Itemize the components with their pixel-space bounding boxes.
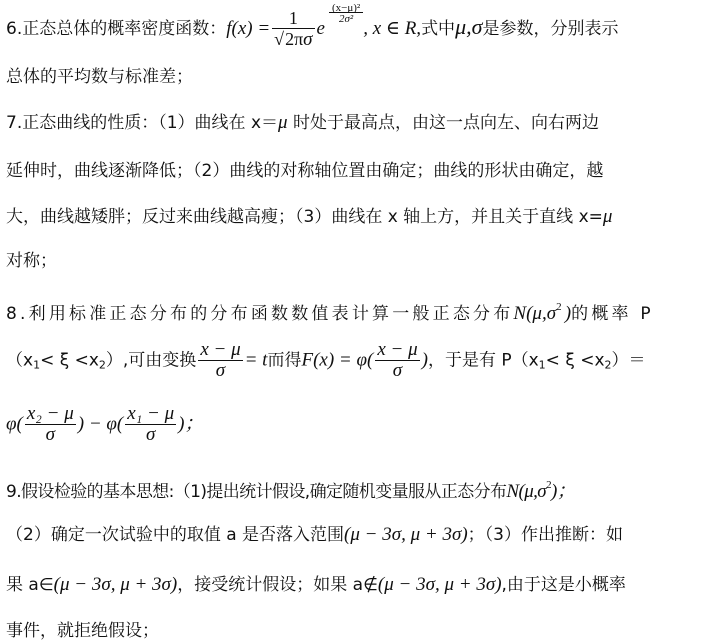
sigma: σ xyxy=(303,29,312,50)
normal-dist: N(μ,σ xyxy=(513,303,556,324)
fraction-denominator: √2πσ xyxy=(272,29,314,50)
denominator: σ xyxy=(125,425,176,445)
text: 式中 xyxy=(421,19,455,39)
phi-fraction-2: x₁ − μσ xyxy=(125,404,176,445)
text: 时处于最高点，由这一点向左、向右两边 xyxy=(288,113,599,133)
numerator: x₂ − μ xyxy=(25,404,76,425)
text: ）,可由变换 xyxy=(106,351,196,371)
text: 大，曲线越矮胖；反过来曲线越高瘦；（3）曲线在 x 轴上方，并且关于直线 x= xyxy=(6,207,603,227)
exponent-denominator: 2σ² xyxy=(329,13,363,25)
text: ）＝ xyxy=(612,351,646,371)
item6-label: 6.正态总体的概率密度函数： xyxy=(6,19,226,39)
paren: )； xyxy=(178,414,203,435)
text: 的概率 P xyxy=(571,304,654,324)
superscript: 2 xyxy=(556,301,565,313)
numerator: x − μ xyxy=(375,340,419,361)
numerator: x₁ − μ xyxy=(125,404,176,425)
cdf-fraction: x − μσ xyxy=(375,340,419,381)
subscript: 2 xyxy=(99,359,106,372)
item9-line1: 9.假设检验的基本思想:（1)提出统计假设,确定随机变量服从正态分布N(μ,σ2… xyxy=(6,474,575,503)
denominator: σ xyxy=(375,361,419,381)
item8-line3: φ(x₂ − μσ) − φ(x₁ − μσ)； xyxy=(6,404,203,445)
text: 9.假设检验的基本思想:（1)提出统计假设,确定随机变量服从正态分布 xyxy=(6,482,506,502)
item7-line1: 7.正态曲线的性质：（1）曲线在 x＝μ 时处于最高点，由这一点向左、向右两边 xyxy=(6,112,599,134)
item9-line4: 事件，就拒绝假设； xyxy=(6,620,159,642)
phi: φ( xyxy=(6,414,23,435)
text: （2）确定一次试验中的取值 a 是否落入范围 xyxy=(6,525,344,545)
mu: μ xyxy=(278,112,288,133)
equation: = t xyxy=(245,350,268,371)
exponent: (x−μ)²2σ² xyxy=(329,4,363,25)
range: (μ − 3σ, μ + 3σ) xyxy=(378,574,502,595)
text: 7.正态曲线的性质：（1）曲线在 x＝ xyxy=(6,113,278,133)
sqrt-content: 2π xyxy=(284,28,303,49)
exponent-numerator: (x−μ)² xyxy=(329,4,363,13)
text: 8.利用标准正态分布的分布函数数值表计算一般正态分布 xyxy=(6,304,513,324)
item7-line2: 延伸时，曲线逐渐降低；（2）曲线的对称轴位置由确定；曲线的形状由确定，越 xyxy=(6,160,603,182)
text: （x xyxy=(6,351,33,371)
item9-line3: 果 a∈(μ − 3σ, μ + 3σ)，接受统计假设；如果 a∉(μ − 3σ… xyxy=(6,574,626,596)
fraction-numerator: 1 xyxy=(272,8,314,29)
text: ，接受统计假设；如果 a∉ xyxy=(177,575,378,595)
item8-line2: （x1< ξ <x2）,可由变换x − μσ= t而得F(x) = φ(x − … xyxy=(6,340,646,381)
text: ,由于这是小概率 xyxy=(502,575,626,595)
minus-phi: ) − φ( xyxy=(78,414,124,435)
phi-fraction-1: x₂ − μσ xyxy=(25,404,76,445)
text: < ξ <x xyxy=(40,351,99,371)
text: 果 a∈ xyxy=(6,575,54,595)
text: 而得 xyxy=(267,351,301,371)
cdf-lhs: F(x) = φ( xyxy=(301,350,373,371)
subscript: 1 xyxy=(33,359,40,372)
item7-line3: 大，曲线越矮胖；反过来曲线越高瘦；（3）曲线在 x 轴上方，并且关于直线 x=μ xyxy=(6,206,612,228)
text: 是参数，分别表示 xyxy=(482,19,618,39)
normal-dist: N(μ,σ xyxy=(506,481,546,502)
domain: , x ∈ R, xyxy=(363,18,421,39)
item6-line1: 6.正态总体的概率密度函数：f(x) =1√2πσe(x−μ)²2σ², x ∈… xyxy=(6,8,618,50)
text: ；（3）作出推断：如 xyxy=(468,525,623,545)
item9-line2: （2）确定一次试验中的取值 a 是否落入范围(μ − 3σ, μ + 3σ)；（… xyxy=(6,524,623,546)
item6-line2: 总体的平均数与标准差； xyxy=(6,66,193,88)
item7-line4: 对称； xyxy=(6,250,57,272)
exp-base: e xyxy=(317,18,325,39)
density-fraction: 1√2πσ xyxy=(272,8,314,50)
text: < ξ <x xyxy=(546,351,605,371)
item8-line1: 8.利用标准正态分布的分布函数数值表计算一般正态分布N(μ,σ2)的概率 P xyxy=(6,296,654,325)
params: μ,σ xyxy=(455,14,482,39)
mu: μ xyxy=(603,206,613,227)
numerator: x − μ xyxy=(198,340,242,361)
range: (μ − 3σ, μ + 3σ) xyxy=(344,524,468,545)
subscript: 1 xyxy=(539,359,546,372)
text: ，于是有 P（x xyxy=(428,351,539,371)
subscript: 2 xyxy=(605,359,612,372)
transform-fraction: x − μσ xyxy=(198,340,242,381)
formula-lhs: f(x) = xyxy=(226,18,270,39)
denominator: σ xyxy=(25,425,76,445)
range: (μ − 3σ, μ + 3σ) xyxy=(54,574,178,595)
paren: )； xyxy=(551,481,575,502)
denominator: σ xyxy=(198,361,242,381)
